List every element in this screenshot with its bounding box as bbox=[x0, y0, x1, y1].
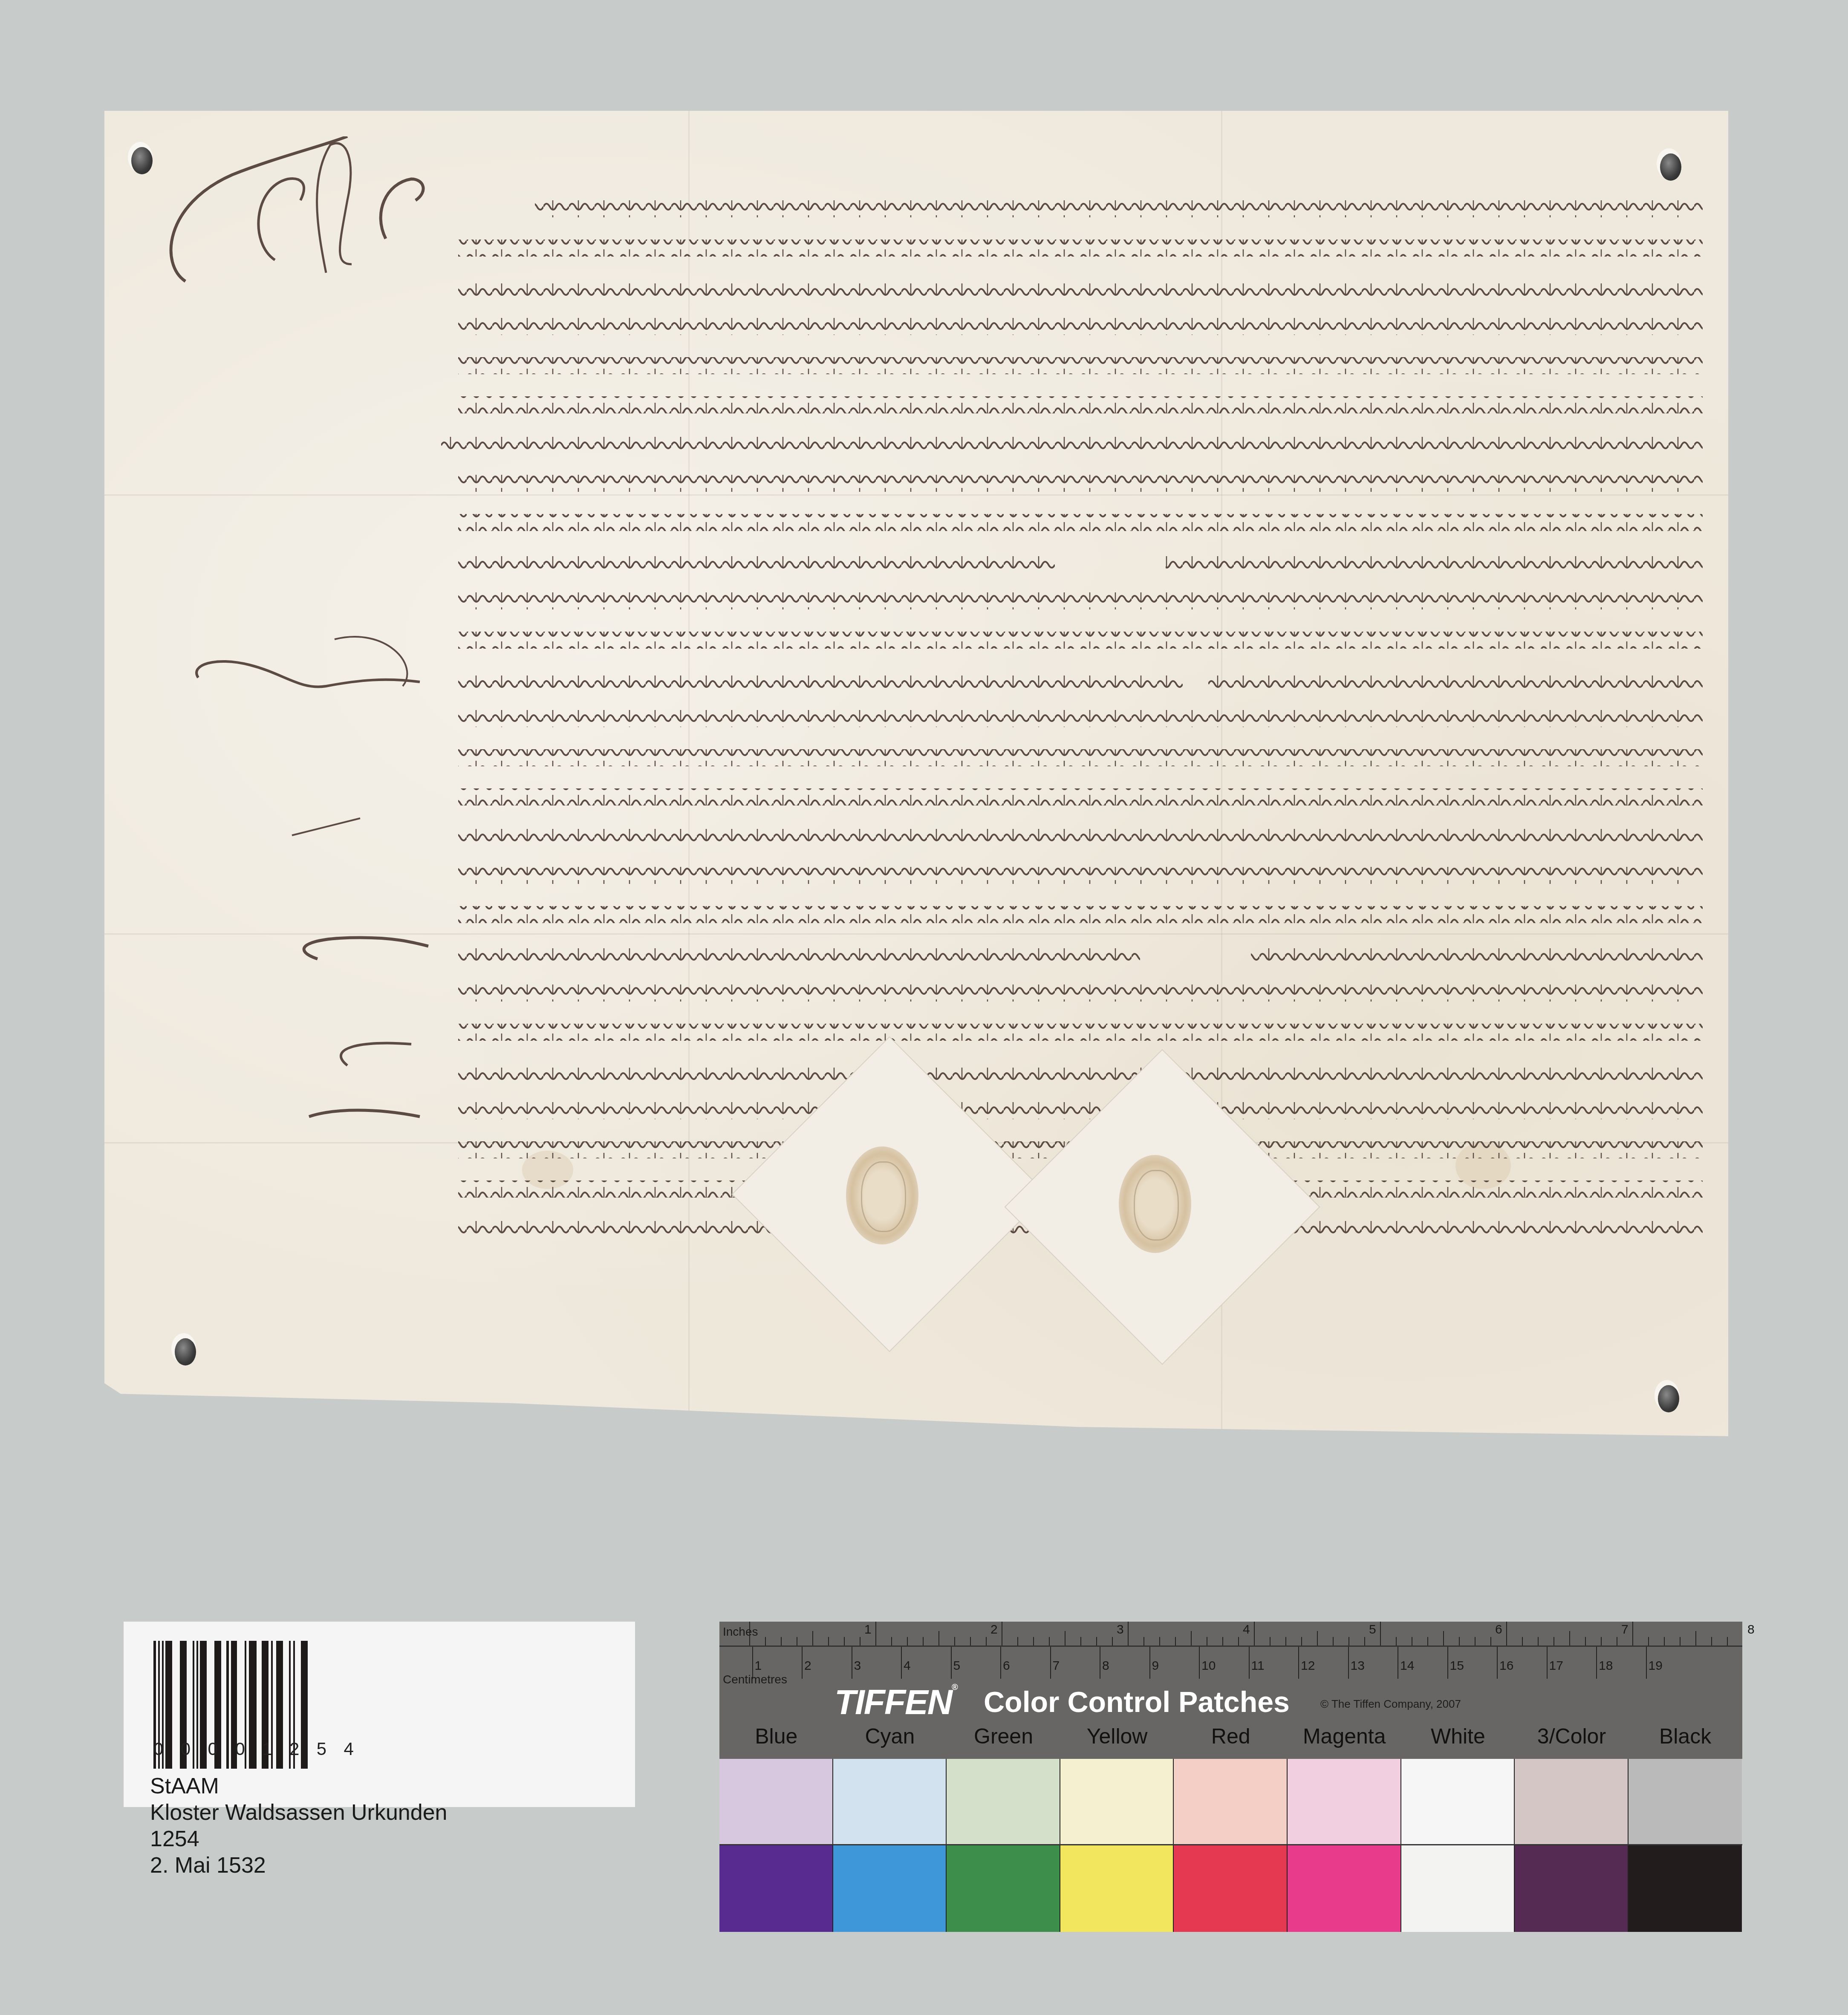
collection-name: Kloster Waldsassen Urkunden bbox=[150, 1799, 448, 1826]
patch-label-3-color: 3/Color bbox=[1515, 1724, 1629, 1749]
inch-tick bbox=[1664, 1637, 1665, 1645]
inch-tick bbox=[781, 1637, 782, 1645]
cm-tick-label: 14 bbox=[1400, 1659, 1414, 1673]
inch-tick bbox=[1443, 1631, 1444, 1645]
cm-tick-label: 7 bbox=[1053, 1659, 1060, 1673]
inch-tick bbox=[1396, 1637, 1397, 1645]
light-patch-row bbox=[719, 1759, 1742, 1844]
cm-tick-label: 19 bbox=[1649, 1659, 1663, 1673]
inch-tick bbox=[1301, 1637, 1302, 1645]
inch-tick bbox=[1427, 1637, 1428, 1645]
cm-tick bbox=[951, 1647, 952, 1679]
chart-title: Color Control Patches bbox=[984, 1686, 1290, 1719]
cm-tick bbox=[1149, 1647, 1150, 1679]
patch-label-white: White bbox=[1401, 1724, 1515, 1749]
inch-tick bbox=[970, 1637, 971, 1645]
inches-label: Inches bbox=[723, 1625, 758, 1639]
patch-labels: BlueCyanGreenYellowRedMagentaWhite3/Colo… bbox=[719, 1724, 1742, 1749]
archive-label: 0 0 0 0 1 2 5 4 StAAM Kloster Waldsassen… bbox=[124, 1622, 635, 1807]
cm-tick-label: 13 bbox=[1351, 1659, 1365, 1673]
inch-tick bbox=[1112, 1637, 1113, 1645]
inch-tick bbox=[1049, 1637, 1050, 1645]
inch-tick bbox=[1538, 1637, 1539, 1645]
inch-tick bbox=[1617, 1637, 1617, 1645]
patch-dark-black bbox=[1629, 1845, 1742, 1932]
charter-text-body bbox=[441, 196, 1703, 1247]
cm-tick bbox=[1249, 1647, 1250, 1679]
cm-tick-label: 9 bbox=[1152, 1659, 1159, 1673]
patch-dark-yellow bbox=[1060, 1845, 1174, 1932]
inch-tick bbox=[1569, 1631, 1570, 1645]
inch-tick bbox=[1380, 1622, 1381, 1645]
inch-tick bbox=[1333, 1637, 1334, 1645]
inch-tick-label: 3 bbox=[1117, 1622, 1124, 1637]
color-patches bbox=[719, 1759, 1742, 1932]
inch-tick bbox=[844, 1637, 845, 1645]
inch-tick-label: 8 bbox=[1747, 1622, 1755, 1637]
document-date: 2. Mai 1532 bbox=[150, 1852, 448, 1879]
cm-tick bbox=[1000, 1647, 1001, 1679]
inch-ruler: Inches 12345678 bbox=[719, 1622, 1742, 1647]
wax-seal-1 bbox=[846, 1146, 918, 1244]
inch-tick bbox=[1080, 1637, 1081, 1645]
inch-tick bbox=[1601, 1637, 1602, 1645]
patch-label-red: Red bbox=[1174, 1724, 1288, 1749]
inch-tick bbox=[954, 1637, 955, 1645]
patch-label-yellow: Yellow bbox=[1060, 1724, 1174, 1749]
inch-tick bbox=[1648, 1637, 1649, 1645]
cm-tick bbox=[802, 1647, 803, 1679]
inch-tick bbox=[797, 1637, 797, 1645]
magnet-bottom-left bbox=[175, 1338, 196, 1365]
cm-tick-label: 3 bbox=[854, 1659, 861, 1673]
inch-tick bbox=[1412, 1637, 1412, 1645]
cm-tick bbox=[1646, 1647, 1647, 1679]
inch-tick bbox=[1506, 1622, 1507, 1645]
inch-tick bbox=[1017, 1637, 1018, 1645]
inch-tick bbox=[907, 1637, 908, 1645]
inch-tick bbox=[1348, 1637, 1349, 1645]
cm-tick-label: 6 bbox=[1003, 1659, 1010, 1673]
inch-tick bbox=[860, 1637, 860, 1645]
inch-tick bbox=[1490, 1637, 1491, 1645]
chart-header: Inches 12345678 123456789101112131415161… bbox=[719, 1622, 1742, 1759]
inch-tick bbox=[1727, 1637, 1728, 1645]
inch-tick bbox=[1711, 1637, 1712, 1645]
patch-light-3-color bbox=[1515, 1759, 1629, 1844]
patch-dark-red bbox=[1174, 1845, 1288, 1932]
inch-tick bbox=[1254, 1622, 1255, 1645]
cm-tick bbox=[1199, 1647, 1200, 1679]
wax-seal-2 bbox=[1119, 1155, 1191, 1253]
patch-light-blue bbox=[719, 1759, 833, 1844]
inch-tick bbox=[765, 1637, 766, 1645]
inch-tick bbox=[1475, 1637, 1476, 1645]
inch-tick-label: 7 bbox=[1621, 1622, 1629, 1637]
inch-tick bbox=[1632, 1622, 1633, 1645]
patch-label-blue: Blue bbox=[719, 1724, 833, 1749]
inch-tick bbox=[828, 1637, 829, 1645]
cm-tick-label: 10 bbox=[1201, 1659, 1216, 1673]
inch-tick bbox=[1270, 1637, 1270, 1645]
handwritten-text-lines bbox=[441, 196, 1703, 1244]
color-control-chart: Inches 12345678 123456789101112131415161… bbox=[719, 1622, 1742, 1931]
inch-tick bbox=[1585, 1637, 1586, 1645]
magnet-top-right bbox=[1660, 153, 1681, 181]
inch-tick bbox=[875, 1622, 876, 1645]
inch-tick bbox=[1680, 1637, 1681, 1645]
patch-dark-blue bbox=[719, 1845, 833, 1932]
inch-tick bbox=[749, 1622, 750, 1645]
patch-light-magenta bbox=[1288, 1759, 1401, 1844]
cm-tick bbox=[1497, 1647, 1498, 1679]
cm-tick-label: 5 bbox=[953, 1659, 961, 1673]
inch-tick bbox=[1033, 1637, 1034, 1645]
cm-tick-label: 18 bbox=[1599, 1659, 1613, 1673]
inch-tick bbox=[1695, 1631, 1696, 1645]
cm-tick-label: 4 bbox=[904, 1659, 911, 1673]
cm-tick-label: 11 bbox=[1251, 1659, 1265, 1673]
cm-tick-label: 17 bbox=[1549, 1659, 1563, 1673]
inch-tick bbox=[1317, 1631, 1318, 1645]
patch-light-cyan bbox=[833, 1759, 947, 1844]
patch-light-yellow bbox=[1060, 1759, 1174, 1844]
cm-tick-label: 12 bbox=[1301, 1659, 1315, 1673]
archive-name: StAAM bbox=[150, 1773, 448, 1799]
patch-light-green bbox=[947, 1759, 1060, 1844]
magnet-bottom-right bbox=[1658, 1385, 1679, 1412]
inch-tick bbox=[1128, 1622, 1129, 1645]
chart-copyright: © The Tiffen Company, 2007 bbox=[1320, 1697, 1461, 1711]
inch-tick bbox=[891, 1637, 892, 1645]
cm-tick bbox=[1596, 1647, 1597, 1679]
inch-tick bbox=[1143, 1637, 1144, 1645]
tiffen-logo: TIFFEN® bbox=[834, 1683, 957, 1723]
inch-tick bbox=[1207, 1637, 1207, 1645]
patch-label-magenta: Magenta bbox=[1288, 1724, 1401, 1749]
inch-tick bbox=[1175, 1637, 1176, 1645]
inch-tick bbox=[938, 1631, 939, 1645]
inch-tick bbox=[1222, 1637, 1223, 1645]
dark-patch-row bbox=[719, 1845, 1742, 1932]
cm-tick bbox=[1447, 1647, 1448, 1679]
decorative-initial-ich bbox=[147, 136, 445, 315]
inch-tick bbox=[1285, 1637, 1286, 1645]
inch-tick bbox=[1364, 1637, 1365, 1645]
inch-tick bbox=[1459, 1637, 1460, 1645]
cm-ruler: 12345678910111213141516171819 bbox=[719, 1647, 1742, 1681]
inch-tick bbox=[1553, 1637, 1554, 1645]
inch-tick-label: 1 bbox=[864, 1622, 872, 1637]
cm-tick bbox=[1050, 1647, 1051, 1679]
inch-tick bbox=[1191, 1631, 1192, 1645]
patch-label-cyan: Cyan bbox=[833, 1724, 947, 1749]
decorative-initial-d bbox=[190, 631, 445, 716]
cm-tick bbox=[901, 1647, 902, 1679]
patch-dark-3-color bbox=[1515, 1845, 1629, 1932]
centimetres-label: Centimetres bbox=[723, 1673, 787, 1686]
inch-tick bbox=[1002, 1622, 1002, 1645]
patch-dark-cyan bbox=[833, 1845, 947, 1932]
cm-tick-label: 15 bbox=[1450, 1659, 1464, 1673]
inch-tick bbox=[1065, 1631, 1065, 1645]
cm-tick bbox=[1298, 1647, 1299, 1679]
inch-tick-label: 5 bbox=[1369, 1622, 1376, 1637]
cm-tick-label: 1 bbox=[755, 1659, 762, 1673]
cm-tick-label: 2 bbox=[804, 1659, 811, 1673]
inch-tick-label: 2 bbox=[990, 1622, 998, 1637]
cm-tick bbox=[852, 1647, 852, 1679]
patch-label-green: Green bbox=[947, 1724, 1060, 1749]
inch-tick bbox=[812, 1631, 813, 1645]
patch-light-white bbox=[1401, 1759, 1515, 1844]
document-number: 1254 bbox=[150, 1826, 448, 1852]
barcode-number: 0 0 0 0 1 2 5 4 bbox=[153, 1739, 354, 1759]
inch-tick-label: 6 bbox=[1495, 1622, 1502, 1637]
cm-tick bbox=[1398, 1647, 1398, 1679]
patch-label-black: Black bbox=[1629, 1724, 1742, 1749]
inch-tick bbox=[1159, 1637, 1160, 1645]
inch-tick bbox=[1522, 1637, 1523, 1645]
patch-dark-white bbox=[1401, 1845, 1515, 1932]
patch-dark-magenta bbox=[1288, 1845, 1401, 1932]
patch-light-red bbox=[1174, 1759, 1288, 1844]
charter-document bbox=[104, 111, 1728, 1436]
cm-tick bbox=[1100, 1647, 1100, 1679]
patch-dark-green bbox=[947, 1845, 1060, 1932]
inch-tick bbox=[1238, 1637, 1239, 1645]
patch-light-black bbox=[1629, 1759, 1742, 1844]
cm-tick bbox=[1348, 1647, 1349, 1679]
cm-tick-label: 8 bbox=[1102, 1659, 1109, 1673]
cm-tick-label: 16 bbox=[1499, 1659, 1513, 1673]
inch-tick bbox=[986, 1637, 987, 1645]
cm-tick bbox=[1547, 1647, 1548, 1679]
inch-tick bbox=[923, 1637, 924, 1645]
inch-tick-label: 4 bbox=[1243, 1622, 1250, 1637]
inch-tick bbox=[1096, 1637, 1097, 1645]
